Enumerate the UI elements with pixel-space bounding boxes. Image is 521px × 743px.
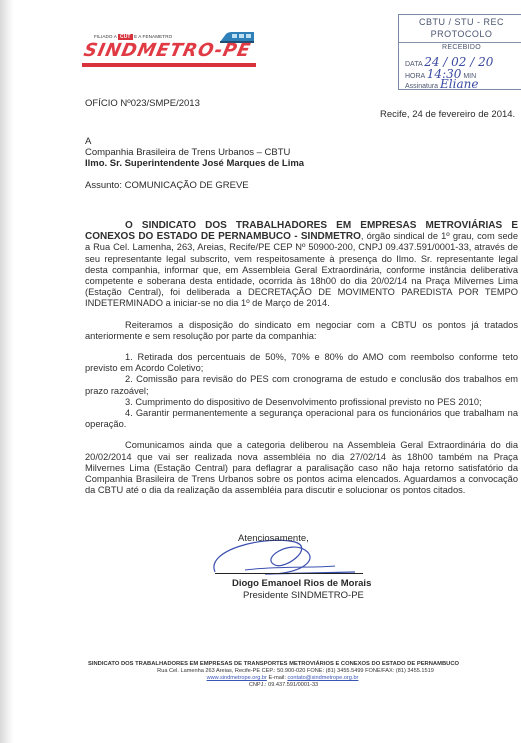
- letterhead-logo: FILIADO A CUT E A FENAMETRO SINDMETRO-PE: [82, 30, 258, 72]
- footer-address: Rua Cel. Lamenha 263 Areias, Recife-PE C…: [70, 668, 521, 675]
- signature-line: [215, 573, 363, 574]
- list-item: 3. Cumprimento do dispositivo de Desenvo…: [85, 397, 518, 408]
- letter-body: O SINDICATO DOS TRABALHADORES EM EMPRESA…: [85, 220, 518, 506]
- paragraph-2: Reiteramos a disposição do sindicato em …: [85, 320, 518, 342]
- signer-name: Diogo Emanoel Rios de Morais: [232, 578, 371, 589]
- paragraph-3: Comunicamos ainda que a categoria delibe…: [85, 440, 518, 496]
- list-item: 4. Garantir permanentemente a segurança …: [85, 408, 518, 430]
- stamp-signature-row: Assinatura Eliane: [405, 77, 478, 91]
- paragraph-1: O SINDICATO DOS TRABALHADORES EM EMPRESA…: [85, 220, 518, 310]
- list-item: 1. Retirada dos percentuais de 50%, 70% …: [85, 352, 518, 374]
- stamp-received-label: RECEBIDO: [399, 44, 521, 51]
- protocol-stamp: CBTU / STU - REC PROTOCOLO RECEBIDO DATA…: [398, 14, 521, 90]
- footer-org-name: SINDICATO DOS TRABALHADORES EM EMPRESAS …: [26, 661, 521, 668]
- document-date: Recife, 24 de fevereiro de 2014.: [380, 109, 515, 120]
- website-link[interactable]: www.sindmetrope.org.br: [207, 675, 267, 681]
- list-item: 2. Comissão para revisão do PES com cron…: [85, 374, 518, 396]
- signer-role: Presidente SINDMETRO-PE: [243, 590, 364, 601]
- document-reference: OFÍCIO Nº023/SMPE/2013: [85, 98, 200, 109]
- email-link[interactable]: contato@sindmetrope.org.br: [287, 675, 358, 681]
- recipient-company: Companhia Brasileira de Trens Urbanos – …: [85, 147, 304, 158]
- recipient-addressee: Ilmo. Sr. Superintendente José Marques d…: [85, 158, 304, 169]
- closing-salutation: Atenciosamente,: [238, 533, 309, 544]
- subject-line: Assunto: COMUNICAÇÃO DE GREVE: [85, 180, 249, 191]
- letterhead-footer: SINDICATO DOS TRABALHADORES EM EMPRESAS …: [0, 661, 521, 689]
- brand-strip: [82, 63, 256, 67]
- stamp-divider: [399, 42, 521, 43]
- recipient-block: A Companhia Brasileira de Trens Urbanos …: [85, 136, 304, 169]
- footer-cnpj: CNPJ.: 09.437.591/0001-33: [46, 682, 521, 689]
- stamp-title: CBTU / STU - REC PROTOCOLO: [399, 16, 521, 40]
- brand-wordmark: SINDMETRO-PE: [82, 40, 253, 61]
- demands-list: 1. Retirada dos percentuais de 50%, 70% …: [85, 352, 518, 430]
- footer-contact: www.sindmetrope.org.br E-mail: contato@s…: [44, 675, 521, 682]
- stamp-signature-value: Eliane: [440, 77, 478, 91]
- scan-edge-shadow: [0, 0, 14, 743]
